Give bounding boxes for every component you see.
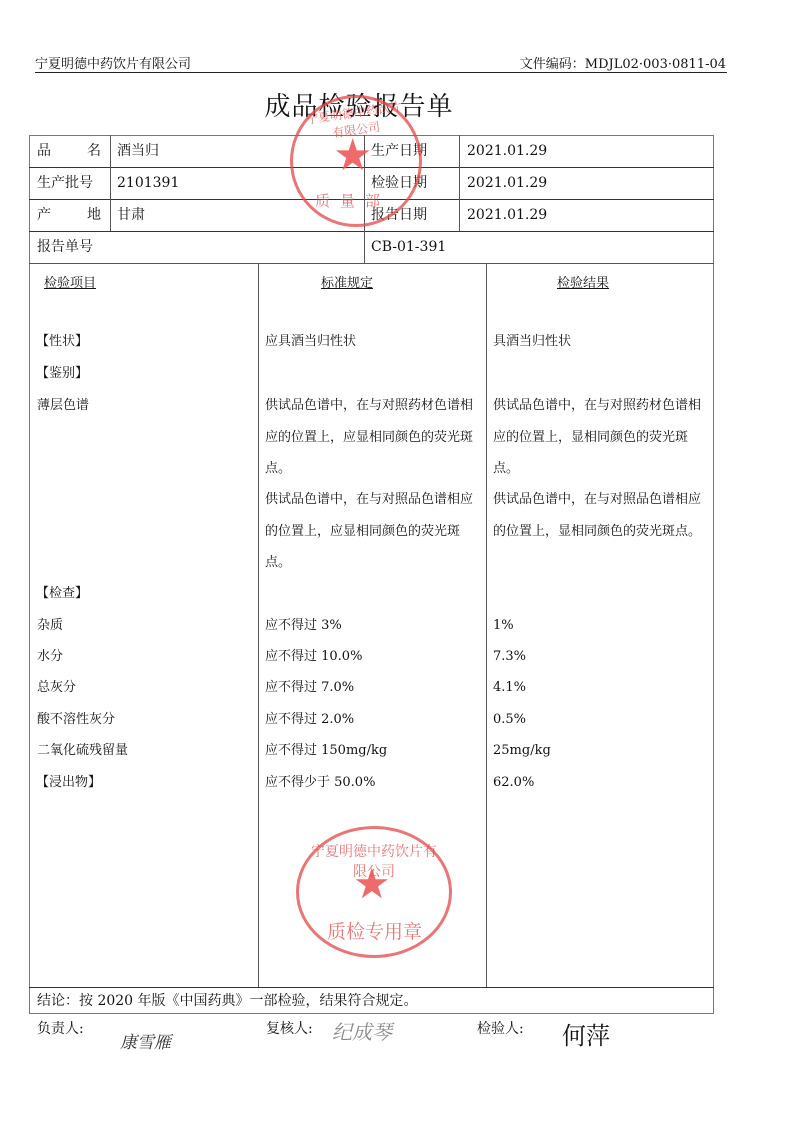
report-no-value: CB-01-391 (371, 231, 446, 263)
header-divider (35, 72, 727, 73)
col-divider (486, 263, 487, 987)
result-tlc-2: 供试品色谱中，在与对照品色谱相应的位置上，显相同颜色的荧光斑点。 (493, 484, 713, 547)
product-name-label: 品名 (37, 135, 101, 167)
column-header-standard: 标准规定 (321, 272, 373, 291)
report-date-value: 2021.01.29 (467, 199, 547, 231)
batch-label: 生产批号 (37, 167, 93, 199)
reviewer-signature: 纪成琴 (332, 1016, 392, 1045)
result-check: 7.3% (493, 641, 526, 673)
result-check: 1% (493, 610, 514, 642)
item-inspection: 【检查】 (36, 578, 88, 610)
document-code: 文件编码：MDJL02·003·0811-04 (520, 53, 726, 72)
label-char: 产 (37, 199, 51, 231)
item-check: 杂质 (37, 610, 63, 642)
standard-tlc-2: 供试品色谱中，在与对照品色谱相应的位置上，应显相同颜色的荧光斑点。 (265, 484, 485, 579)
report-no-label: 报告单号 (37, 231, 93, 263)
label-char: 品 (37, 135, 51, 167)
stamp-ring-text: 宁夏明德中药饮片有限公司 (305, 97, 405, 144)
quality-dept-stamp: ★ 质量部 宁夏明德中药饮片有限公司 (290, 95, 422, 227)
item-identification: 【鉴别】 (36, 358, 88, 390)
result-tlc-1: 供试品色谱中，在与对照药材色谱相应的位置上，显相同颜色的荧光斑点。 (493, 390, 713, 485)
standard-check: 应不得过 10.0% (265, 641, 362, 673)
column-header-item: 检验项目 (44, 272, 96, 291)
standard-character: 应具酒当归性状 (265, 326, 356, 358)
responsible-label: 负责人: (37, 1018, 84, 1038)
standard-extract: 应不得少于 50.0% (265, 767, 375, 799)
origin-value: 甘肃 (117, 199, 145, 231)
result-check: 25mg/kg (493, 735, 551, 767)
conclusion: 结论：按 2020 年版《中国药典》一部检验，结果符合规定。 (37, 990, 418, 1010)
item-check: 水分 (37, 641, 63, 673)
standard-check: 应不得过 2.0% (265, 704, 354, 736)
responsible-signature: 康雪雁 (120, 1028, 171, 1053)
row-divider (29, 263, 714, 264)
reviewer-label: 复核人: (266, 1018, 313, 1038)
column-header-result: 检验结果 (557, 272, 609, 291)
product-name-value: 酒当归 (117, 135, 159, 167)
standard-check: 应不得过 150mg/kg (265, 735, 387, 767)
row-divider (29, 987, 714, 988)
star-icon: ★ (333, 134, 372, 178)
standard-check: 应不得过 3% (265, 610, 342, 642)
result-extract: 62.0% (493, 767, 534, 799)
result-character: 具酒当归性状 (493, 326, 571, 358)
item-check: 酸不溶性灰分 (37, 704, 115, 736)
standard-check: 应不得过 7.0% (265, 672, 354, 704)
stamp-center-text: 质量部 (315, 190, 390, 211)
col-divider (459, 135, 460, 231)
item-check: 二氧化硫残留量 (37, 735, 128, 767)
label-char: 名 (87, 135, 101, 167)
item-character: 【性状】 (36, 326, 88, 358)
item-tlc: 薄层色谱 (37, 390, 89, 422)
batch-value: 2101391 (117, 167, 179, 199)
prod-date-value: 2021.01.29 (467, 135, 547, 167)
test-date-value: 2021.01.29 (467, 167, 547, 199)
item-extract: 【浸出物】 (36, 767, 101, 799)
inspector-signature: 何萍 (562, 1016, 610, 1051)
qc-seal-stamp: ★ 质检专用章 宁夏明德中药饮片有限公司 (296, 826, 452, 958)
inspector-label: 检验人: (477, 1018, 524, 1038)
result-check: 4.1% (493, 672, 526, 704)
standard-tlc-1: 供试品色谱中，在与对照药材色谱相应的位置上，应显相同颜色的荧光斑点。 (265, 390, 485, 485)
origin-label: 产地 (37, 199, 101, 231)
stamp-center-text: 质检专用章 (327, 917, 422, 944)
label-char: 地 (87, 199, 101, 231)
company-name: 宁夏明德中药饮片有限公司 (35, 53, 191, 72)
item-check: 总灰分 (37, 672, 76, 704)
col-divider (110, 135, 111, 231)
result-check: 0.5% (493, 704, 526, 736)
col-divider (258, 263, 259, 987)
stamp-ring-text: 宁夏明德中药饮片有限公司 (309, 841, 439, 881)
